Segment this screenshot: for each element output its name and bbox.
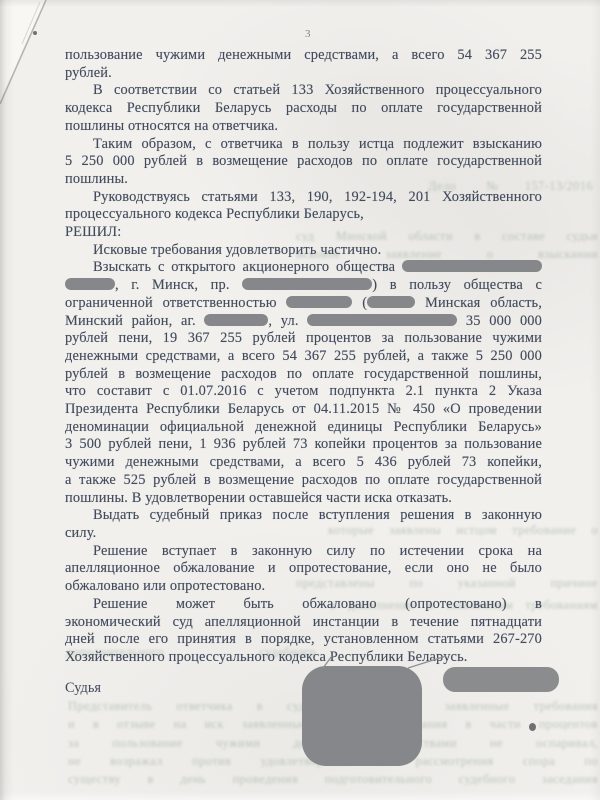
- text-line: а также 525 рублей в возмещение расходов…: [65, 472, 542, 490]
- bleedthrough-text: существу в день проведения подготовитель…: [68, 772, 598, 786]
- redaction-block: [65, 278, 115, 290]
- text-line: рублей.: [65, 65, 542, 83]
- text-line: Минский район, аг. , ул. 35 000 000: [65, 313, 542, 331]
- text-line: деноминации официальной денежной единицы…: [65, 419, 542, 437]
- text-line: РЕШИЛ:: [65, 224, 542, 242]
- redaction-block: [402, 260, 542, 272]
- text-line: ограниченной ответственностью ( Минская …: [65, 295, 542, 313]
- paragraph: В соответствии со статьей 133 Хозяйствен…: [65, 82, 542, 135]
- redaction-block: [367, 296, 415, 308]
- text-line: силу.: [65, 525, 542, 543]
- text-line: , г. Минск, пр. ) в пользу общества с: [65, 277, 542, 295]
- redaction-dot: [529, 723, 536, 731]
- text-line: В соответствии со статьей 133 Хозяйствен…: [65, 82, 542, 100]
- redaction-block: [204, 314, 268, 326]
- paragraph: Таким образом, с ответчика в пользу истц…: [65, 136, 542, 189]
- text-line: пошлины.: [65, 171, 542, 189]
- redaction-block: [307, 314, 457, 326]
- paragraph: Решение вступает в законную силу по исте…: [65, 543, 542, 596]
- page-number: 3: [305, 28, 311, 40]
- text-line: кодекса Республики Беларусь расходы по о…: [65, 100, 542, 118]
- text-line: Исковые требования удовлетворить частичн…: [65, 242, 542, 260]
- text-line: 5 250 000 рублей в возмещение расходов п…: [65, 153, 542, 171]
- paragraph: Исковые требования удовлетворить частичн…: [65, 242, 542, 260]
- text-line: экономический суд апелляционной инстанци…: [65, 614, 542, 632]
- text-line: денежными средствами, а всего 54 367 255…: [65, 348, 542, 366]
- text-line: Решение может быть обжаловано (опротесто…: [65, 596, 542, 614]
- text-line: Таким образом, с ответчика в пользу истц…: [65, 136, 542, 154]
- text-line: Президента Республики Беларусь от 04.11.…: [65, 401, 542, 419]
- signature-redaction-block: [302, 666, 422, 766]
- text-line: 3 500 рублей пени, 1 936 рублей 73 копей…: [65, 436, 542, 454]
- paragraph: Взыскать с открытого акционерного общест…: [65, 259, 542, 507]
- text-line: что составит с 01.07.2016 с учетом подпу…: [65, 383, 542, 401]
- redaction-block: [286, 296, 352, 308]
- redaction-block: [242, 278, 372, 290]
- scanned-court-decision-page: Дело №157-13/2016суд Минской области в с…: [0, 0, 600, 800]
- judge-name-redaction-block: [443, 667, 559, 692]
- judge-label: Судья: [65, 680, 101, 697]
- text-line: рублей пени, 19 367 255 рублей процентов…: [65, 330, 542, 348]
- paragraph: пользование чужими денежными средствами,…: [65, 47, 542, 82]
- paragraph: Руководствуясь статьями 133, 190, 192-19…: [65, 189, 542, 224]
- text-line: чужими денежными средствами, а всего 5 4…: [65, 454, 542, 472]
- text-line: пошлины. В удовлетворении оставшейся час…: [65, 490, 542, 508]
- text-line: пользование чужими денежными средствами,…: [65, 47, 542, 65]
- paragraph: Решение может быть обжаловано (опротесто…: [65, 596, 542, 667]
- text-line: дней после его принятия в порядке, устан…: [65, 631, 542, 649]
- text-line: Руководствуясь статьями 133, 190, 192-19…: [65, 189, 542, 207]
- paragraph: РЕШИЛ:: [65, 224, 542, 242]
- text-line: Выдать судебный приказ после вступления …: [65, 507, 542, 525]
- text-line: Хозяйственного процессуального кодекса Р…: [65, 649, 542, 667]
- document-body: пользование чужими денежными средствами,…: [65, 47, 542, 667]
- text-line: пошлины относятся на ответчика.: [65, 118, 542, 136]
- text-line: Взыскать с открытого акционерного общест…: [65, 259, 542, 277]
- text-line: апелляционное обжалование и опротестован…: [65, 560, 542, 578]
- text-line: процессуального кодекса Республики Белар…: [65, 206, 542, 224]
- text-line: обжаловано или опротестовано.: [65, 578, 542, 596]
- text-line: рублей в возмещение расходов по оплате г…: [65, 366, 542, 384]
- text-line: Решение вступает в законную силу по исте…: [65, 543, 542, 561]
- paragraph: Выдать судебный приказ после вступления …: [65, 507, 542, 542]
